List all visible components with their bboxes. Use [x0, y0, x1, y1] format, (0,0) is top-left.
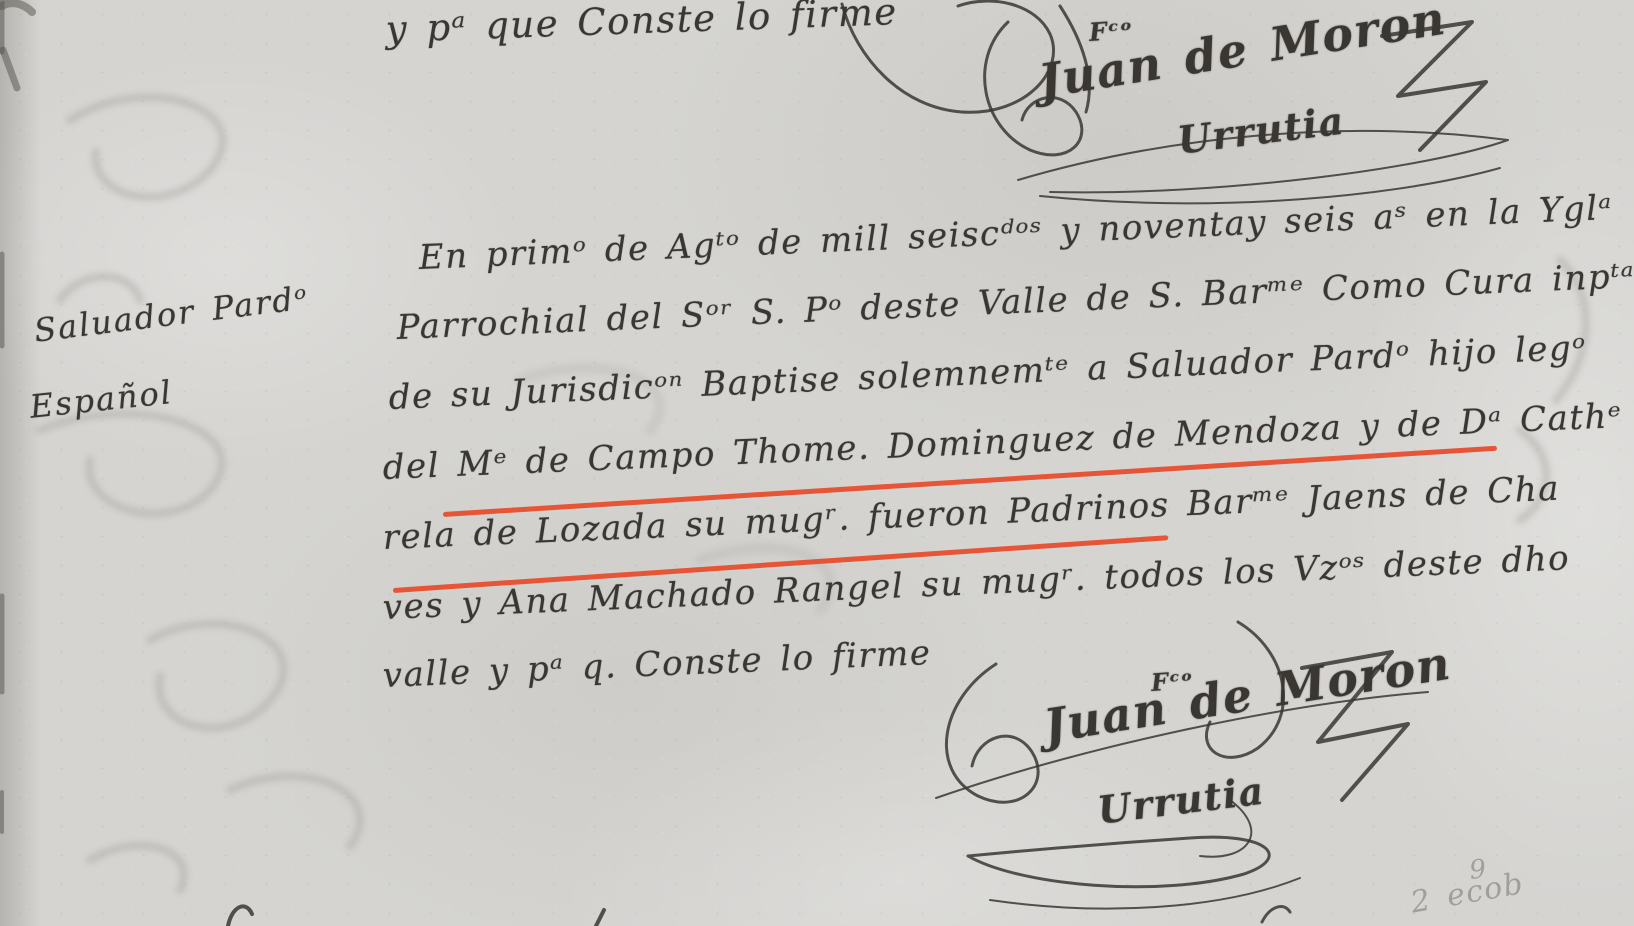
- cutoff-stroke: [596, 910, 604, 926]
- rubric-bottom-ellipse: [968, 837, 1269, 887]
- top-signature-name: Juan de Moron: [1035, 0, 1450, 108]
- margin-note-name: Saluador Pardᵒ: [32, 278, 311, 349]
- bottom-signature-name: Juan de Moron: [1040, 636, 1455, 754]
- scan-edge-marks: [2, 0, 32, 832]
- faint-fragment: 2 ecob: [1408, 866, 1527, 920]
- rubric-bottom-signature-paraph: [946, 664, 1038, 802]
- previous-entry-closing-line: y pᵃ que Conste lo firme: [385, 0, 898, 51]
- cutoff-stroke: [1262, 907, 1290, 922]
- margin-note-caste: Español: [28, 373, 175, 426]
- top-signature-surname: Urrutia: [1175, 98, 1347, 163]
- bottom-signature-surname: Urrutia: [1095, 768, 1267, 833]
- cutoff-stroke: [228, 906, 252, 926]
- record-text-line-7-closing: valle y pᵃ q. Conste lo firme: [382, 633, 932, 696]
- manuscript-page: y pᵃ que Conste lo firme Fᶜᵒ Juan de Mor…: [0, 0, 1634, 926]
